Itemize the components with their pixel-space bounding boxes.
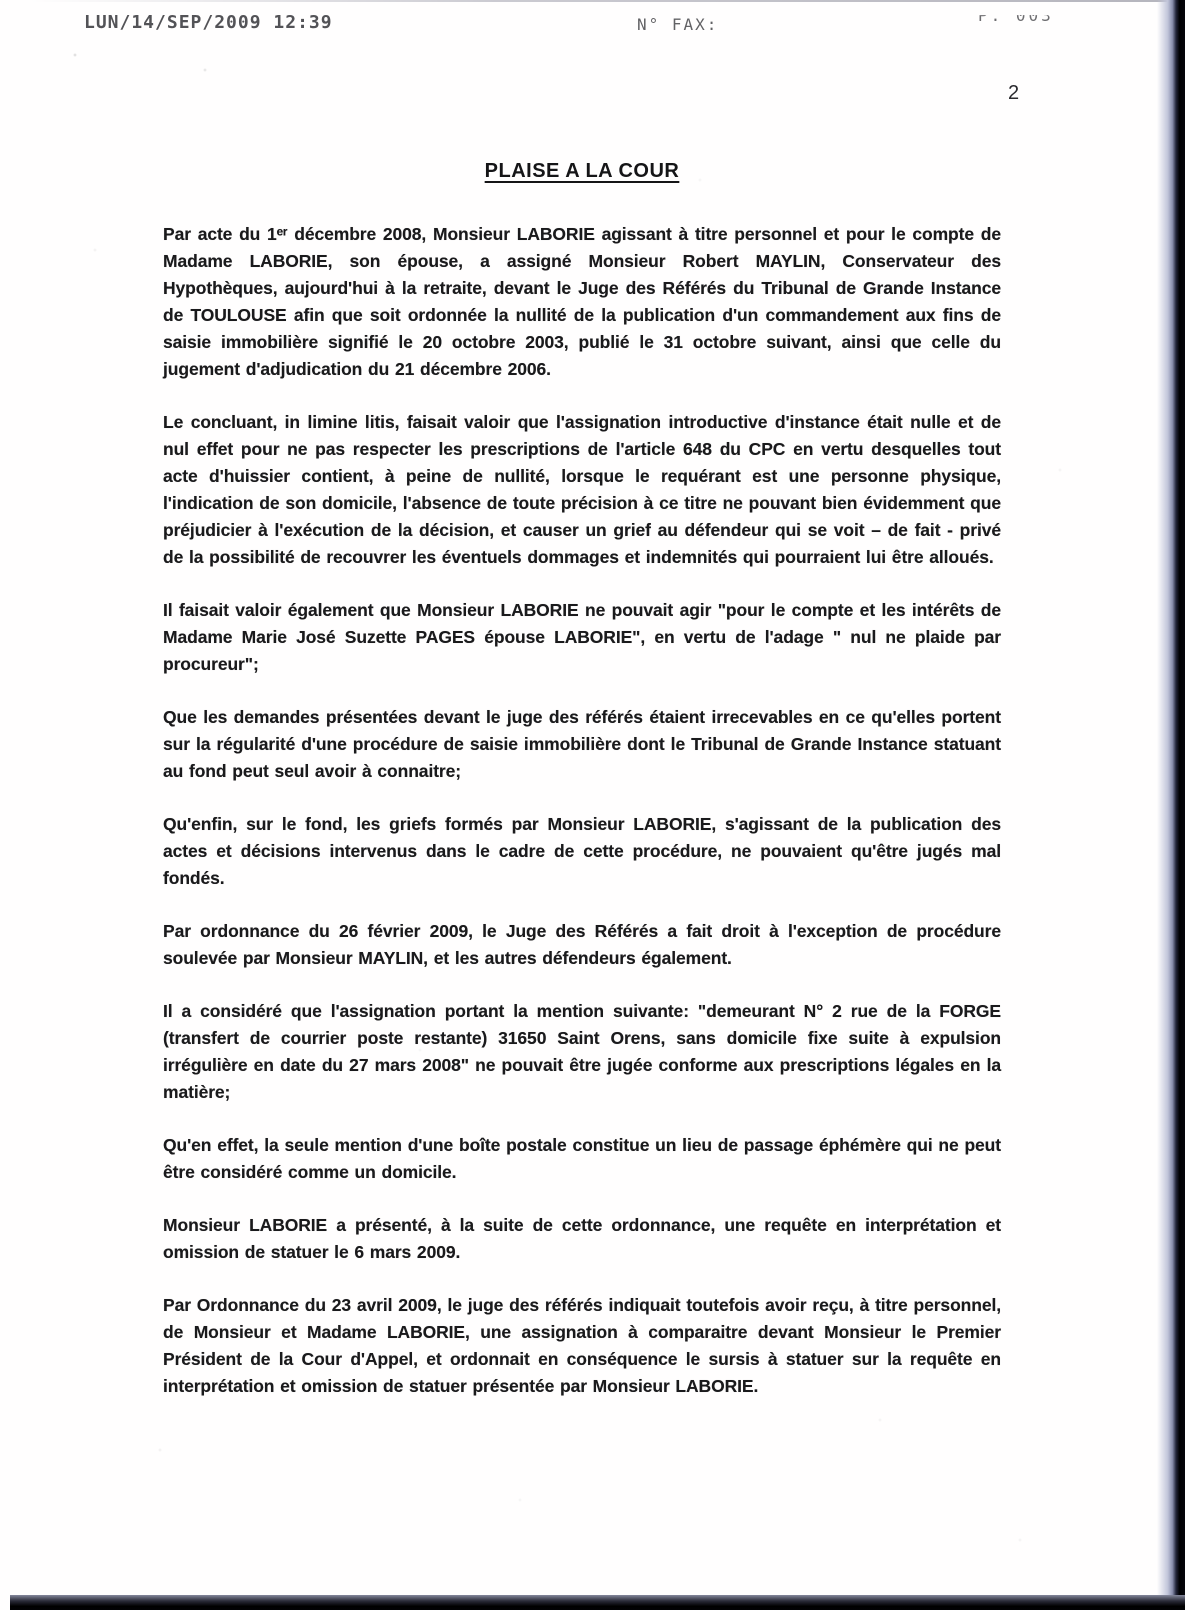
paragraph-3: Il faisait valoir également que Monsieur… [163, 597, 1001, 678]
paragraph-5: Qu'enfin, sur le fond, les griefs formés… [163, 811, 1001, 892]
paragraph-8: Qu'en effet, la seule mention d'une boît… [163, 1132, 1001, 1186]
paragraph-10: Par Ordonnance du 23 avril 2009, le juge… [163, 1292, 1001, 1400]
scan-edge-bottom [10, 1595, 1185, 1610]
scan-edge-top [30, 0, 1185, 2]
document-body: PLAISE A LA COUR Par acte du 1ᵉʳ décembr… [163, 0, 1001, 1426]
fax-page: LUN/14/SEP/2009 12:39 N° FAX: P. 003 2 P… [0, 0, 1185, 1610]
document-title: PLAISE A LA COUR [163, 160, 1001, 183]
scan-edge-right [1157, 0, 1185, 1610]
paragraph-7: Il a considéré que l'assignation portant… [163, 998, 1001, 1106]
page-number: 2 [1008, 82, 1019, 105]
paragraph-6: Par ordonnance du 26 février 2009, le Ju… [163, 918, 1001, 972]
paragraph-2: Le concluant, in limine litis, faisait v… [163, 409, 1001, 571]
paragraph-4: Que les demandes présentées devant le ju… [163, 704, 1001, 785]
paragraph-1: Par acte du 1ᵉʳ décembre 2008, Monsieur … [163, 221, 1001, 383]
paragraph-9: Monsieur LABORIE a présenté, à la suite … [163, 1212, 1001, 1266]
